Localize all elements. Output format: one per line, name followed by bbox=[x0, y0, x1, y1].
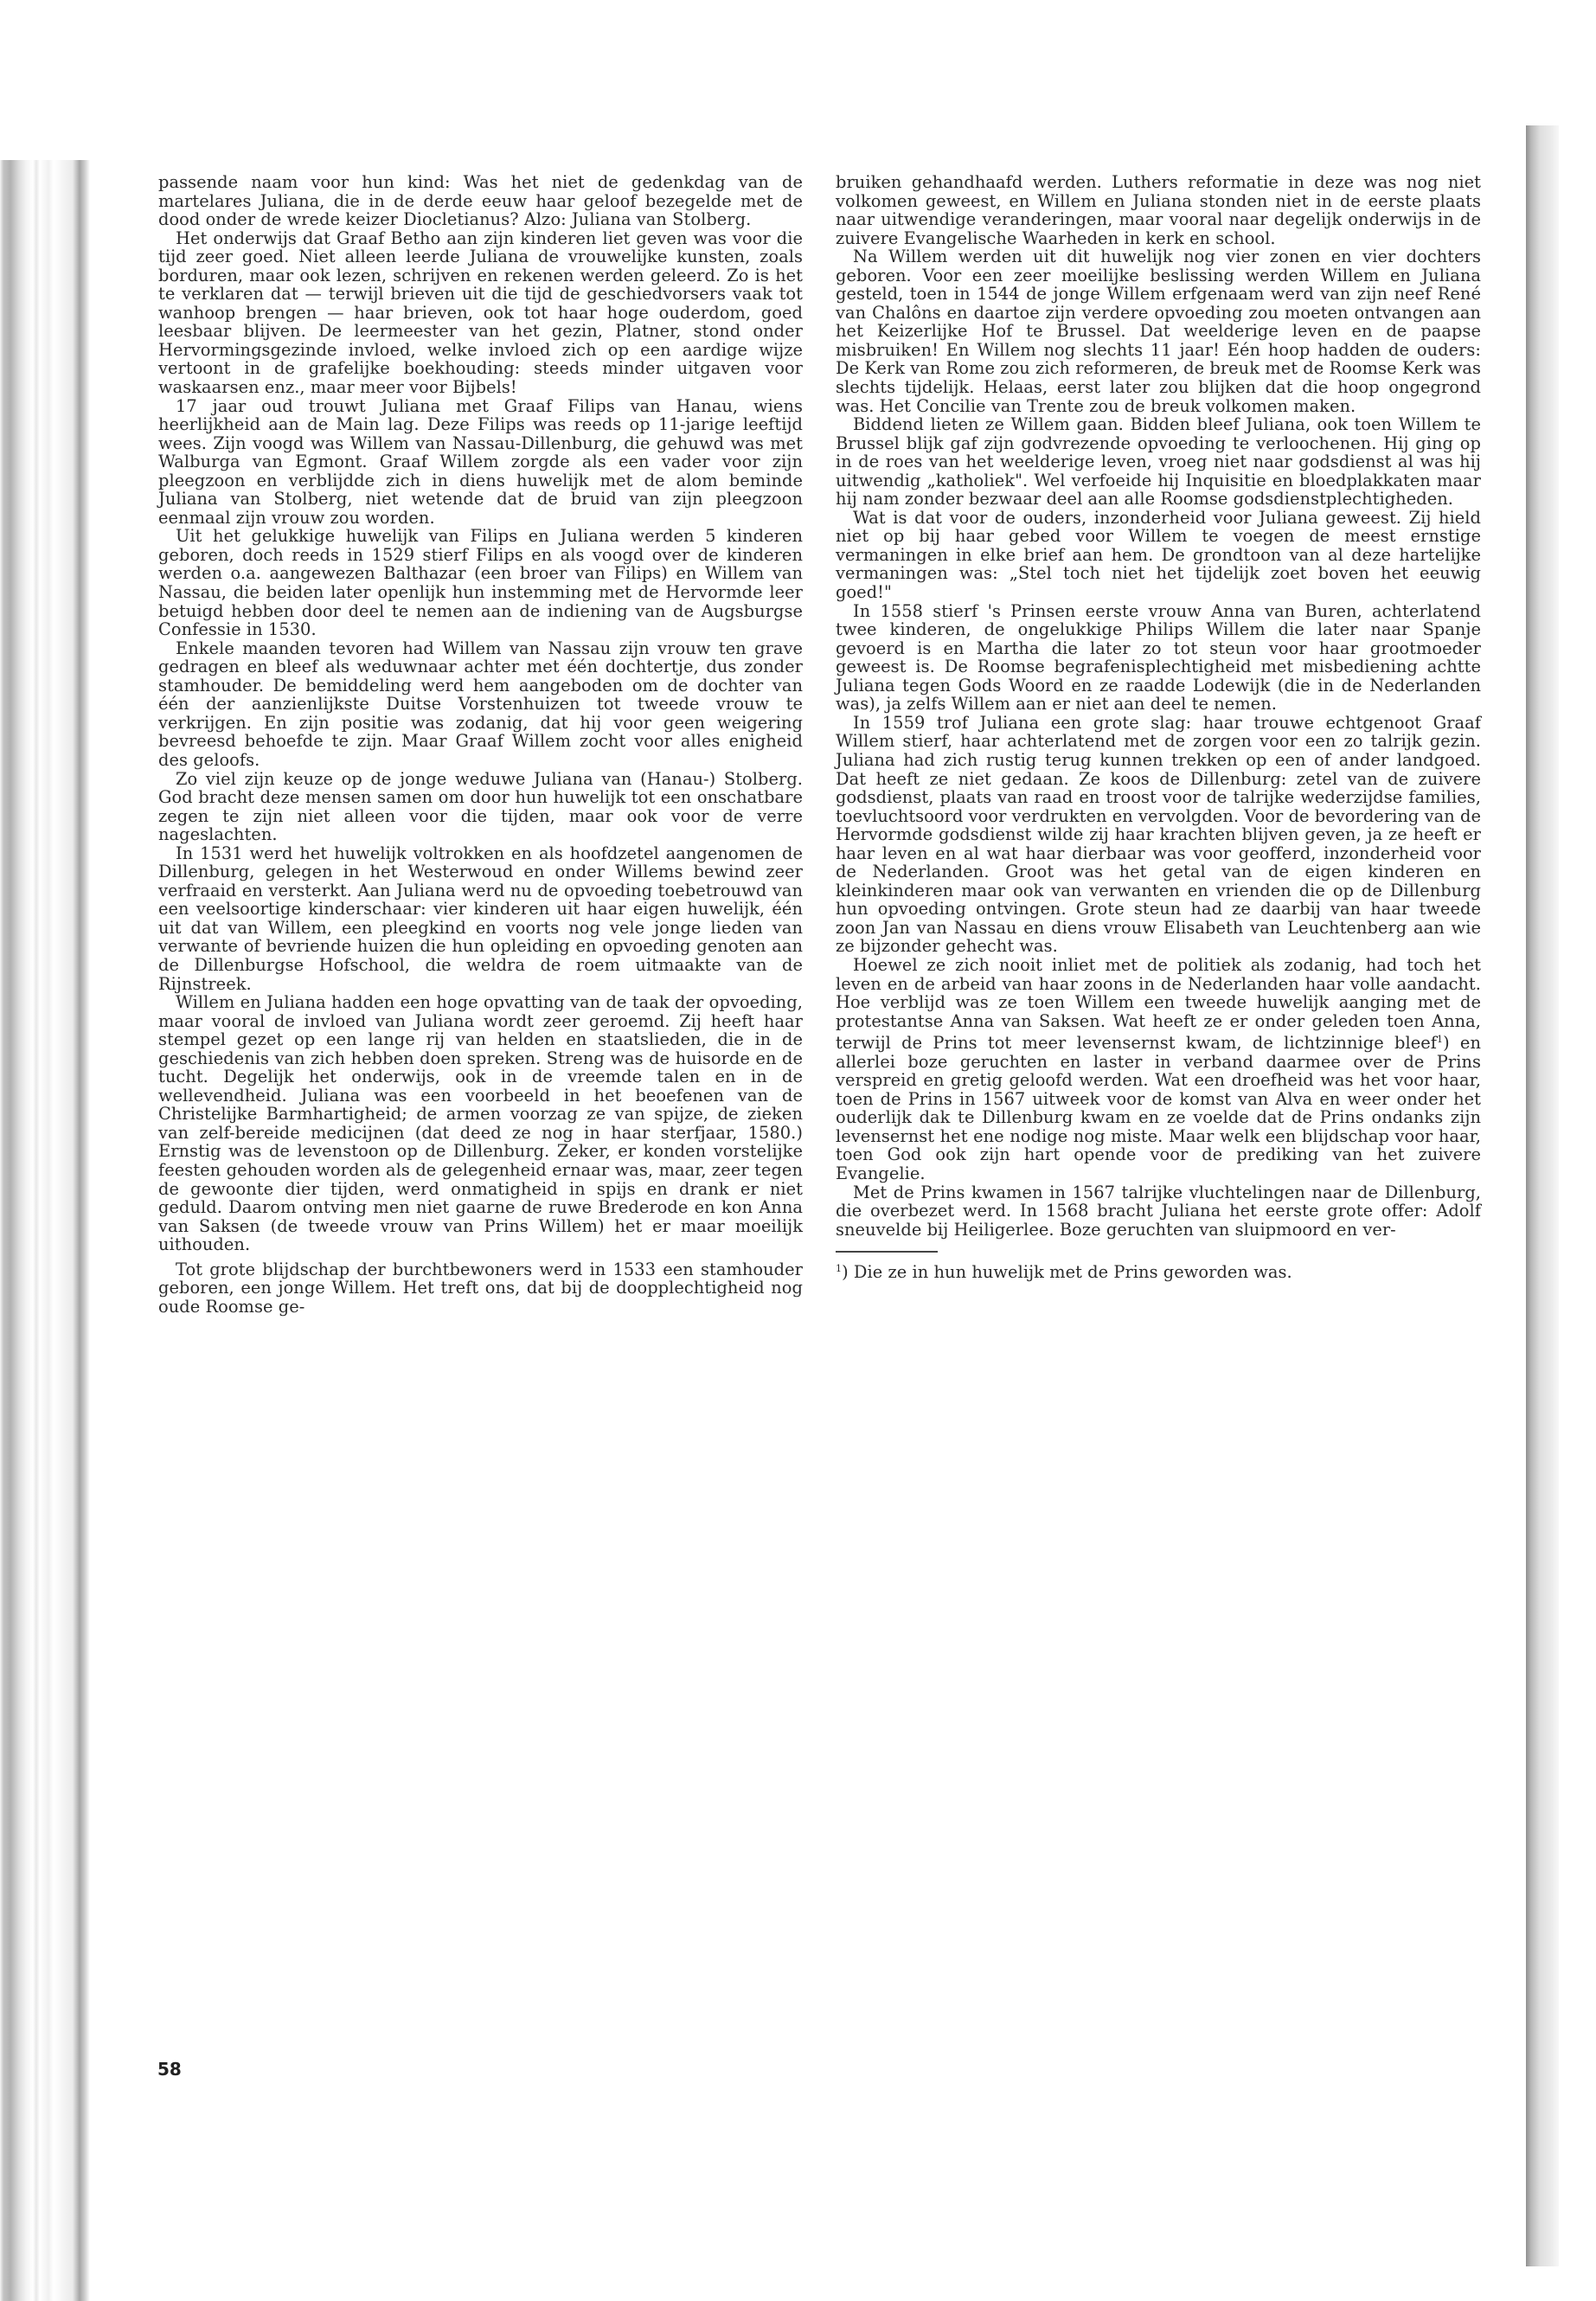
paragraph-text: ) en allerlei boze geruchten en laster i… bbox=[836, 1033, 1481, 1183]
paragraph: Biddend lieten ze Willem gaan. Bidden bl… bbox=[836, 415, 1481, 509]
paragraph: Zo viel zijn keuze op de jonge weduwe Ju… bbox=[158, 770, 803, 844]
paragraph: Uit het gelukkige huwelijk van Filips en… bbox=[158, 527, 803, 638]
paragraph: bruiken gehandhaafd werden. Luthers refo… bbox=[836, 173, 1481, 247]
page-number: 58 bbox=[157, 2059, 182, 2080]
footnote-text: ) Die ze in hun huwelijk met de Prins ge… bbox=[842, 1262, 1292, 1282]
paragraph: Het onderwijs dat Graaf Betho aan zijn k… bbox=[158, 229, 803, 397]
paragraph: In 1558 stierf 's Prinsen eerste vrouw A… bbox=[836, 602, 1481, 714]
footnote-divider bbox=[836, 1251, 938, 1253]
left-text-column: passende naam voor hun kind: Was het nie… bbox=[158, 173, 803, 1316]
page-right-edge-shadow bbox=[1526, 125, 1559, 2266]
paragraph: In 1531 werd het huwelijk voltrokken en … bbox=[158, 844, 803, 993]
paragraph: Na Willem werden uit dit huwelijk nog vi… bbox=[836, 247, 1481, 415]
paragraph: Wat is dat voor de ouders, inzonderheid … bbox=[836, 509, 1481, 602]
book-binding-edge bbox=[0, 160, 90, 2301]
paragraph: Met de Prins kwamen in 1567 talrijke vlu… bbox=[836, 1183, 1481, 1240]
paragraph: In 1559 trof Juliana een grote slag: haa… bbox=[836, 714, 1481, 956]
paragraph: 17 jaar oud trouwt Juliana met Graaf Fil… bbox=[158, 397, 803, 528]
paragraph-text: Hoewel ze zich nooit inliet met de polit… bbox=[836, 955, 1481, 1053]
paragraph: Tot grote blijdschap der burchtbewoners … bbox=[158, 1260, 803, 1317]
footnote-mark: 1 bbox=[836, 1263, 842, 1274]
paragraph: Willem en Juliana hadden een hoge opvatt… bbox=[158, 993, 803, 1254]
footnote-reference[interactable]: 1 bbox=[1437, 1034, 1443, 1045]
paragraph-with-footnote: Hoewel ze zich nooit inliet met de polit… bbox=[836, 956, 1481, 1183]
paragraph: Enkele maanden tevoren had Willem van Na… bbox=[158, 639, 803, 770]
right-text-column: bruiken gehandhaafd werden. Luthers refo… bbox=[836, 173, 1481, 1282]
footnote: 1) Die ze in hun huwelijk met de Prins g… bbox=[836, 1259, 1481, 1282]
paragraph: passende naam voor hun kind: Was het nie… bbox=[158, 173, 803, 229]
